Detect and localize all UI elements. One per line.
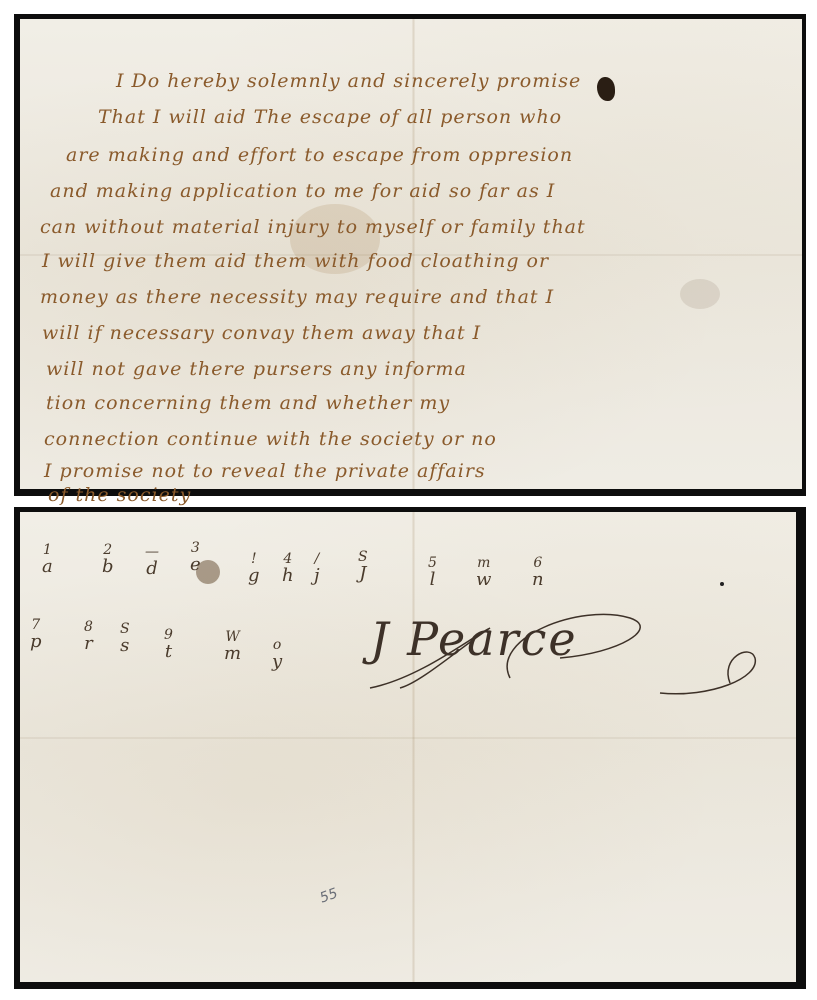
cipher-pair: oy [272,638,282,672]
cipher-pair: !g [248,552,260,586]
oath-line-7: money as there necessity may require and… [40,283,554,311]
cipher-pair: 1a [42,543,53,577]
cipher-pair: 4h [282,552,294,586]
paper-hole [597,77,615,101]
front-page: I Do hereby solemnly and sincerely promi… [20,19,802,489]
reverse-page [20,512,796,982]
cipher-pair: 3e [190,541,201,575]
oath-line-13: of the society [48,481,191,509]
cipher-pair: mw [476,556,491,590]
oath-line-3: are making and effort to escape from opp… [66,141,573,169]
ink-dot [720,582,724,586]
oath-line-5: can without material injury to myself or… [40,213,586,241]
cipher-pair: SJ [358,550,368,584]
signature: J Pearce [370,612,578,666]
horizontal-fold-crease [20,737,796,739]
cipher-pair: 6n [532,556,544,590]
cipher-pair: 7p [30,618,42,652]
oath-line-8: will if necessary convay them away that … [42,319,481,347]
cipher-pair: /j [314,552,320,586]
cipher-pair: 9t [164,628,173,662]
oath-line-2: That I will aid The escape of all person… [98,103,562,131]
oath-line-11: connection continue with the society or … [44,425,497,453]
oath-line-9: will not gave there pursers any informa [46,355,467,383]
cipher-pair: 8r [84,620,93,654]
cipher-pair: —d [145,545,159,579]
oath-line-6: I will give them aid them with food cloa… [42,247,549,275]
cipher-pair: Ss [120,622,130,656]
smudge-mark [680,279,720,309]
vertical-fold-crease [412,512,415,982]
cipher-pair: 2b [102,543,114,577]
oath-line-1: I Do hereby solemnly and sincerely promi… [116,67,581,95]
cipher-pair: 5l [428,556,437,590]
cipher-pair: Wm [224,630,241,664]
oath-line-10: tion concerning them and whether my [46,389,450,417]
oath-line-4: and making application to me for aid so … [50,177,555,205]
